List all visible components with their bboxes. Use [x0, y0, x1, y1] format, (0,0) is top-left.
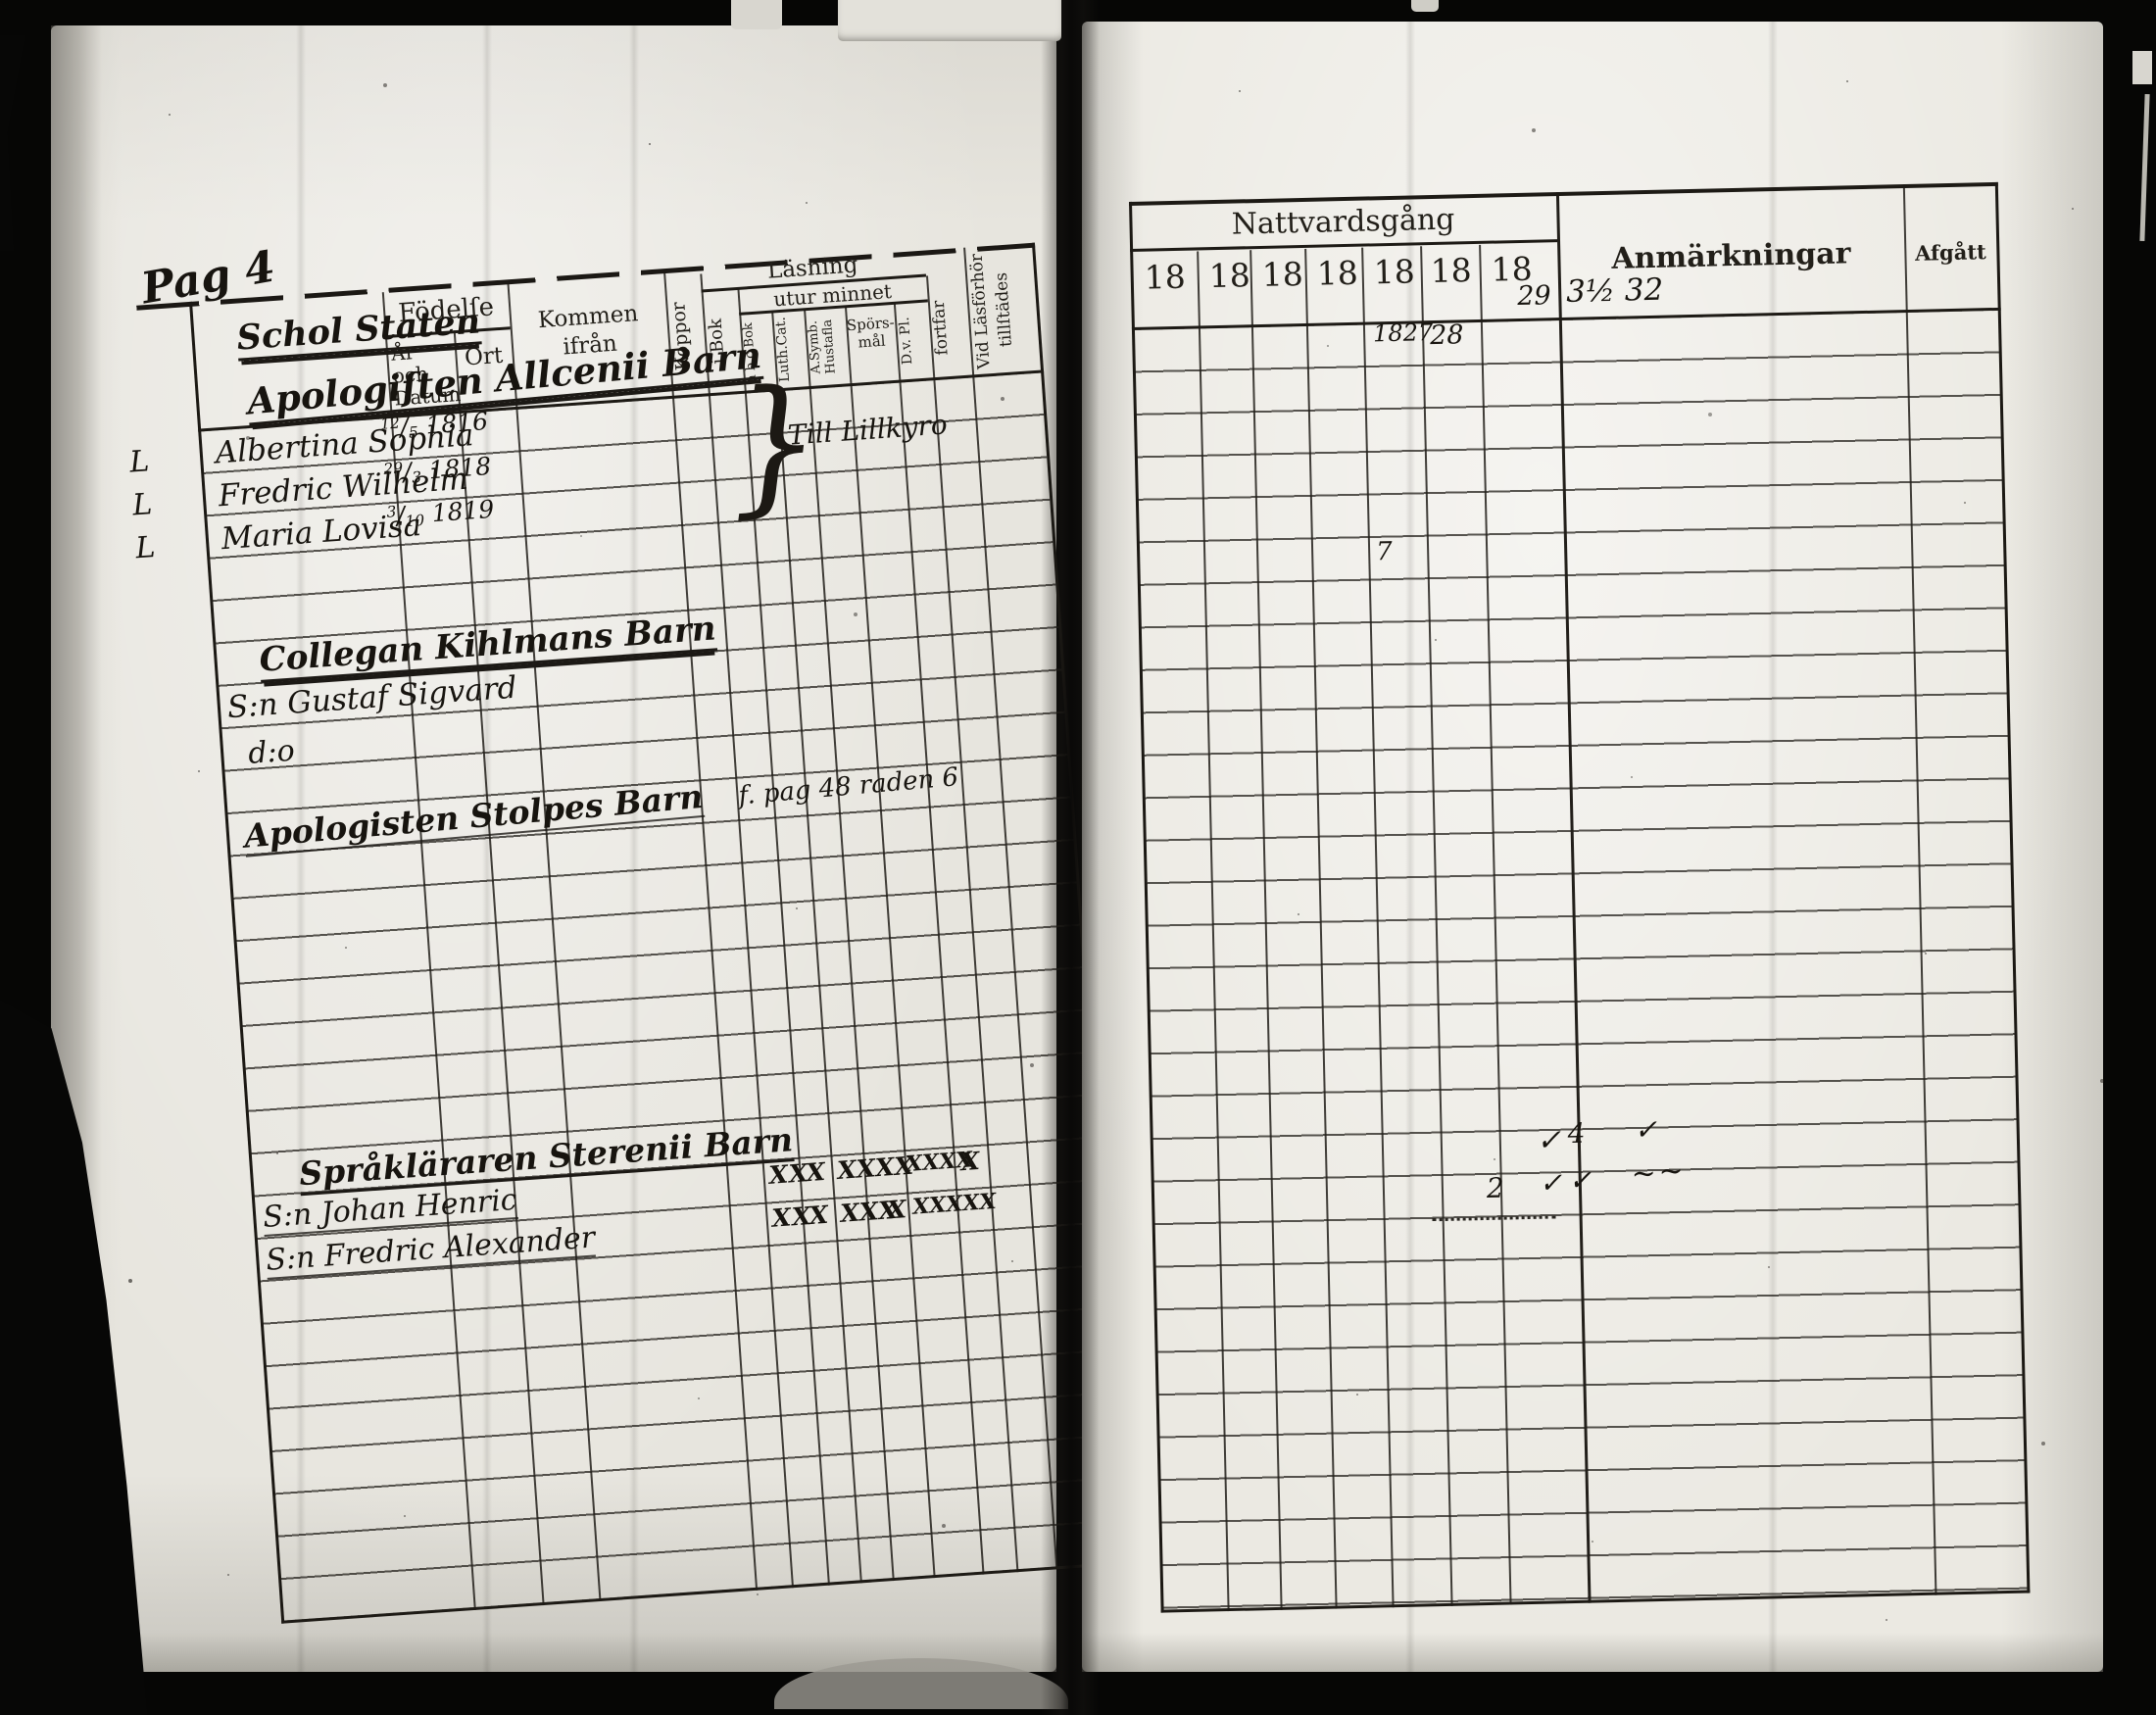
left-register-table: Födelſe År och Datum Ort Kommen ifrån Ko…: [189, 243, 1127, 1624]
ledger-book-scan: Pag 4 Födelſe År och Datum Ort Kommen if…: [0, 0, 2156, 1715]
paper-fragment: [2132, 51, 2152, 84]
year-column-label: 18: [1373, 252, 1415, 291]
row-grid-lines: [200, 373, 1124, 1621]
column-header-sporsmal: Spörs-mål: [846, 314, 897, 352]
year-column-label: 18: [1316, 254, 1358, 293]
attendance-tick: ✓: [1634, 1113, 1657, 1147]
row-grid-lines: [1134, 311, 2028, 1610]
torn-edge-nick: [0, 35, 25, 251]
margin-mark: L: [131, 487, 153, 522]
child-name: d:o: [247, 734, 296, 771]
right-page: Nattvardsgång 18 18 18 18 18 18 18 Anmär…: [1082, 22, 2103, 1672]
attendance-tick: ✓: [1539, 1166, 1562, 1200]
underlying-page-tab: [838, 0, 1061, 41]
lesson-marks: X: [959, 1147, 981, 1176]
lesson-marks: XX: [768, 1158, 810, 1190]
left-page: Pag 4 Födelſe År och Datum Ort Kommen if…: [51, 25, 1056, 1672]
lesson-marks: XXXX: [836, 1151, 913, 1185]
attendance-tick: ✓: [1536, 1123, 1561, 1158]
lesson-marks: X: [886, 1195, 907, 1224]
margin-mark: L: [128, 444, 150, 479]
underlying-page-tab: [1411, 0, 1439, 12]
column-header-afgatt: Afgått: [1904, 239, 1997, 266]
margin-mark: L: [134, 530, 156, 565]
page-bottom-shading: [1082, 1633, 2103, 1672]
attendance-tick: 4: [1567, 1117, 1586, 1150]
paper-fragment: [2139, 94, 2149, 241]
underlying-page-tab: [731, 0, 782, 29]
paper-speckles: [1239, 90, 1241, 92]
paper-speckles: [169, 114, 171, 116]
handwritten-year: 28: [1430, 319, 1464, 351]
right-register-table: Nattvardsgång 18 18 18 18 18 18 18 Anmär…: [1129, 182, 2030, 1613]
year-column-label: 18: [1208, 256, 1250, 295]
column-header-vid-lasforhor: Vid Läsförhör tillſtädes: [965, 247, 1040, 372]
column-header-dav-pl: D.v. Pl.: [896, 304, 931, 378]
year-column-label: 18: [1261, 255, 1303, 294]
handwritten-year: 3½ 32: [1566, 272, 1664, 310]
lesson-marks: X: [808, 1200, 830, 1230]
stray-pen-mark: 7: [1376, 537, 1393, 566]
handwritten-year: 1827: [1373, 318, 1434, 347]
handwritten-year: 29: [1517, 280, 1551, 312]
attendance-tick: 2: [1487, 1172, 1505, 1204]
year-column-label: 18: [1430, 251, 1472, 290]
lesson-marks: XX: [771, 1201, 813, 1233]
attendance-tick: ✓: [1568, 1164, 1592, 1198]
column-header-fortfar: fortfar: [927, 279, 971, 375]
attendance-tick: ~: [1631, 1156, 1656, 1192]
attendance-tick: ~: [1658, 1153, 1684, 1189]
year-column-label: 18: [1144, 258, 1186, 297]
lesson-marks: X: [806, 1157, 827, 1187]
